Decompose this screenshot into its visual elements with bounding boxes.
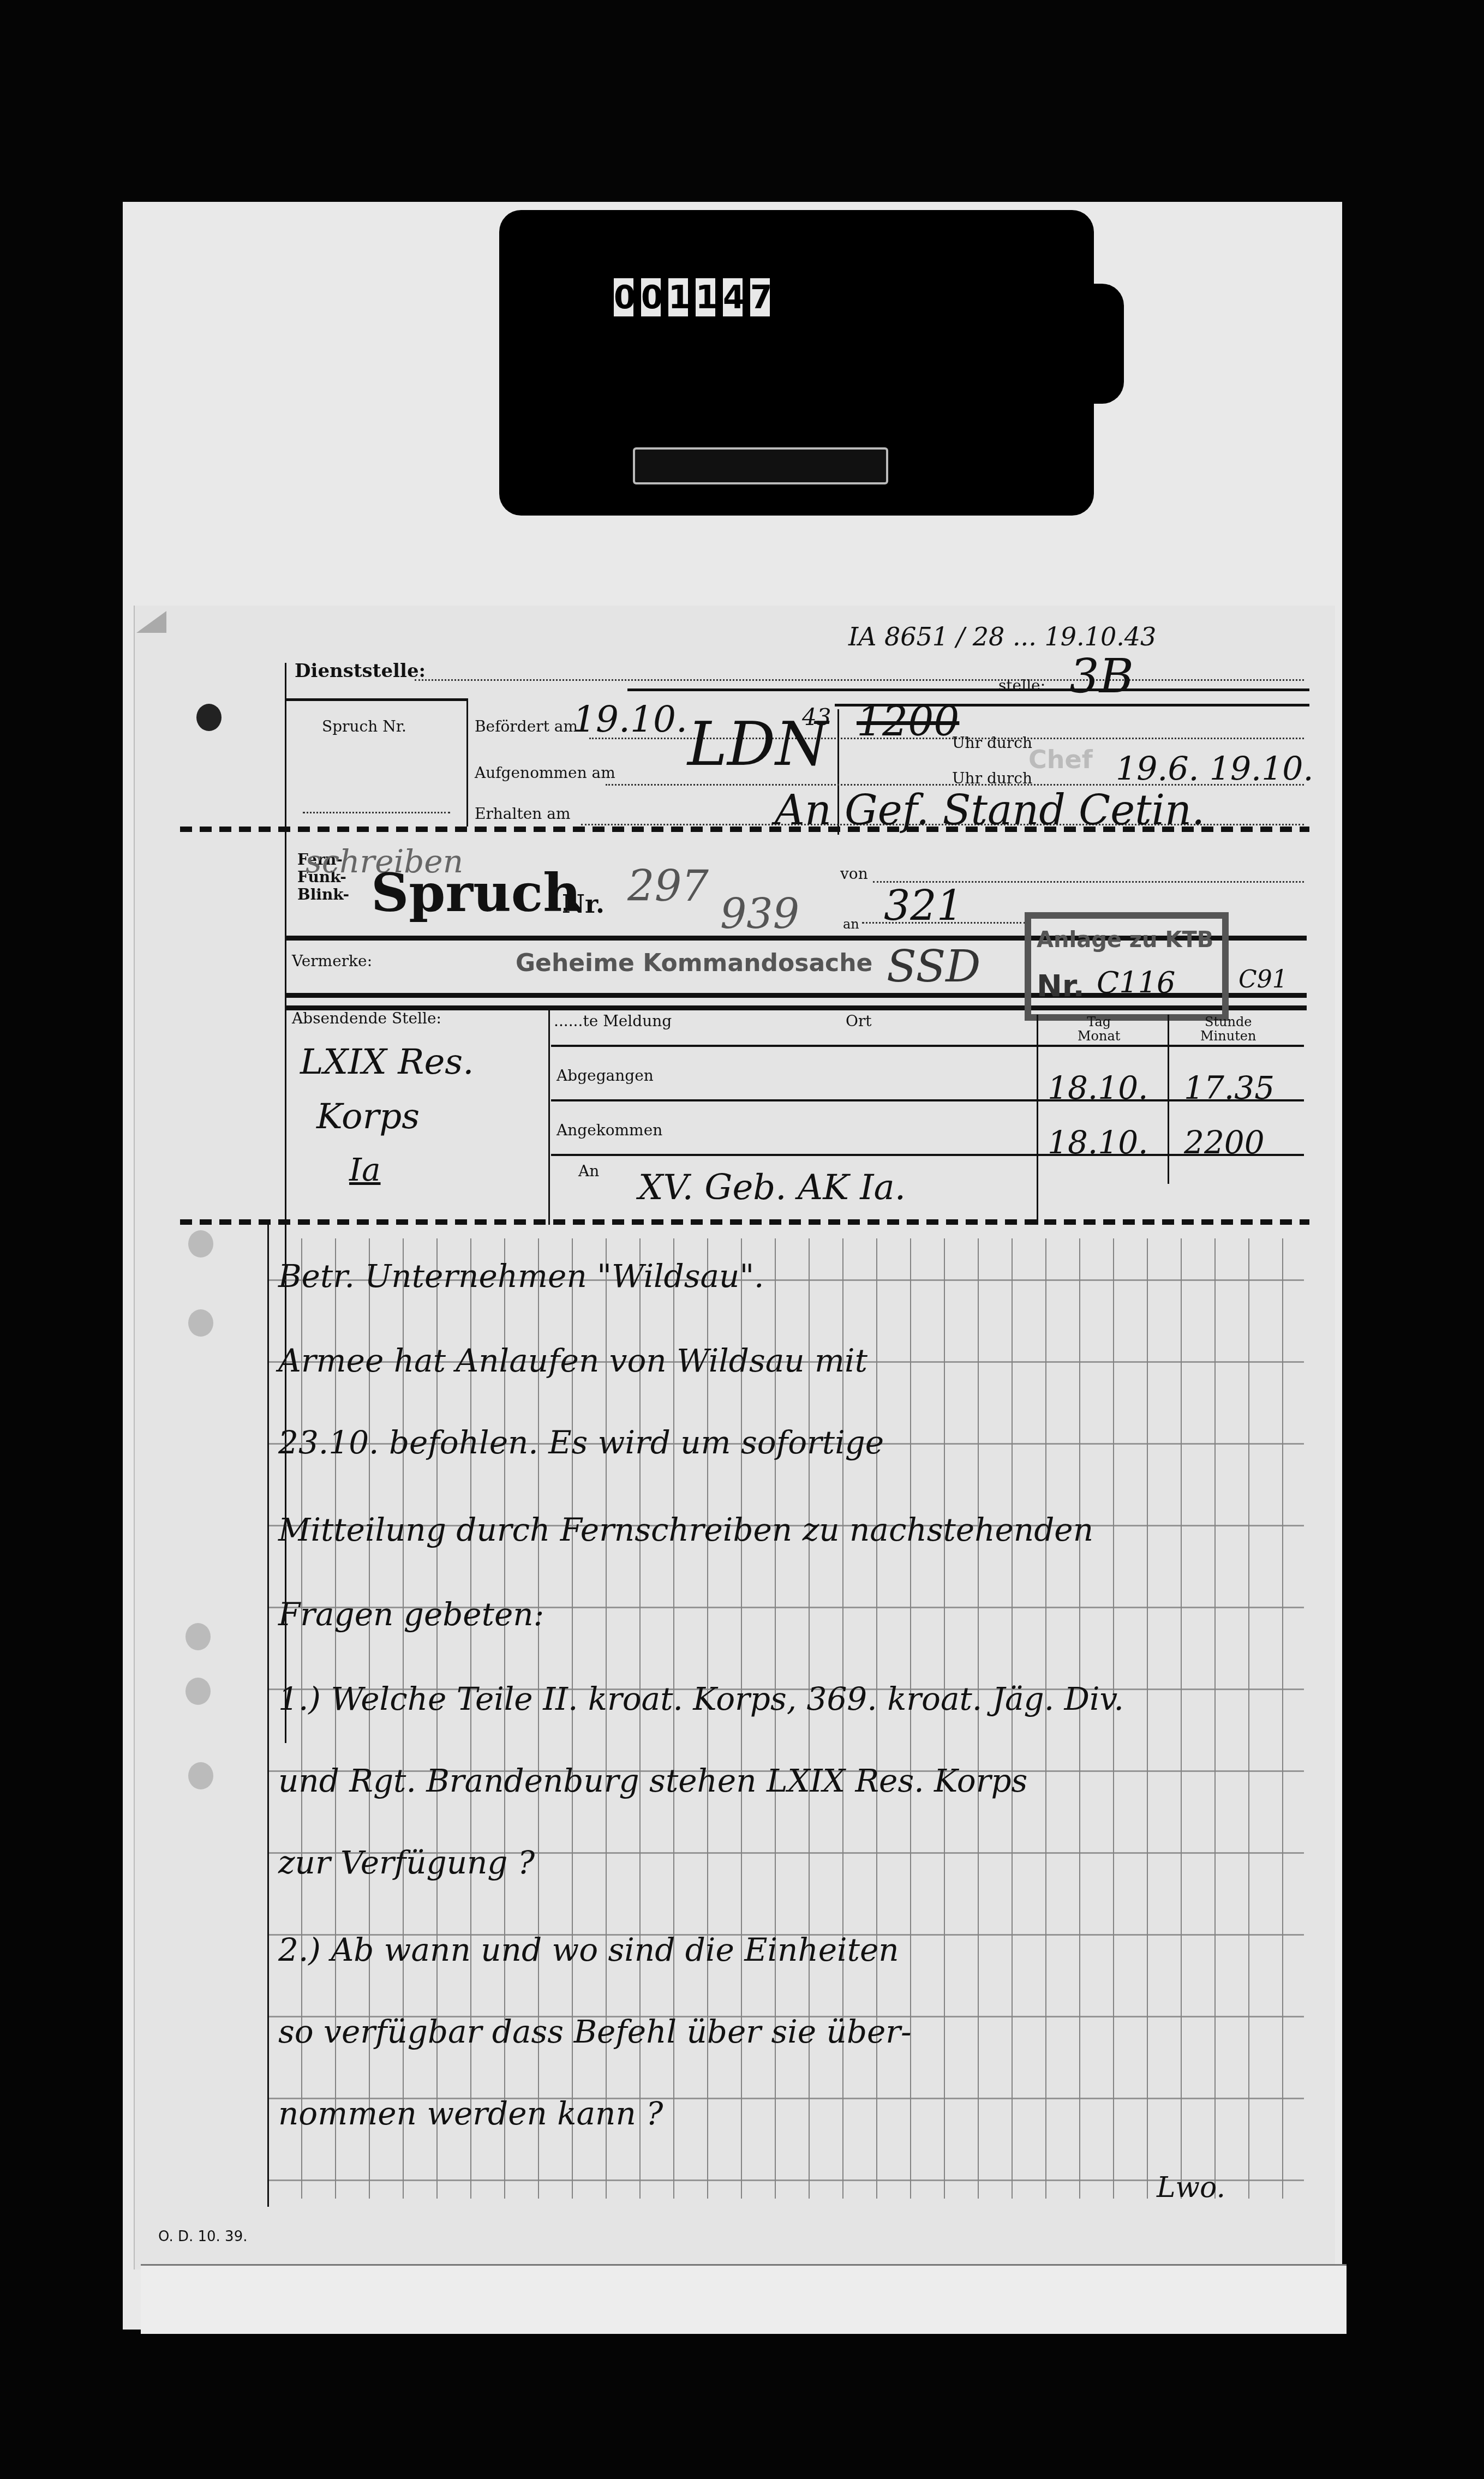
punch-hole xyxy=(185,1623,211,1650)
befoerdert-value: 19.10. xyxy=(573,698,687,740)
stelle-label: stelle: xyxy=(998,676,1045,694)
punch-hole xyxy=(185,1678,211,1705)
an-label: an xyxy=(843,917,859,932)
divider xyxy=(627,688,1309,691)
divider xyxy=(551,1099,1304,1101)
dienststelle-field xyxy=(415,679,1304,681)
punch-hole xyxy=(188,1762,213,1789)
counter-digit: 1 xyxy=(696,278,715,316)
stunde-label: Stunde xyxy=(1200,1015,1256,1029)
folded-corner xyxy=(136,611,166,633)
uhr-durch-label-2: Uhr durch xyxy=(952,769,1032,787)
message-line: und Rgt. Brandenburg stehen LXIX Res. Ko… xyxy=(278,1762,1027,1799)
tag-monat-label: Tag Monat xyxy=(1078,1015,1120,1043)
befoerdert-label: Befördert am xyxy=(475,717,578,735)
blink-label: Blink- xyxy=(297,886,349,903)
tag-label: Tag xyxy=(1078,1015,1120,1029)
spruch-nr-value: 297 xyxy=(627,862,709,911)
message-line: so verfügbar dass Befehl über sie über- xyxy=(278,2013,912,2050)
chef-signature: 19.6. 19.10. xyxy=(1116,750,1314,788)
vermerke-label: Vermerke: xyxy=(292,952,372,970)
uhr-durch-label-1: Uhr durch xyxy=(952,734,1032,752)
message-line: nommen werden kann ? xyxy=(278,2095,663,2132)
an-to-value: XV. Geb. AK Ia. xyxy=(638,1167,906,1208)
message-line: 1.) Welche Teile II. kroat. Korps, 369. … xyxy=(278,1680,1124,1717)
punch-hole xyxy=(196,704,222,731)
message-line: zur Verfügung ? xyxy=(278,1844,535,1881)
back-sheet-edge xyxy=(141,2264,1347,2334)
absendende-value-3: Ia xyxy=(349,1151,381,1188)
time-value: 1200 xyxy=(857,698,959,745)
divider xyxy=(466,698,468,827)
form-left-border xyxy=(267,1225,269,2207)
an-to-label: An xyxy=(578,1162,599,1180)
ktb-nr-value: C116 xyxy=(1097,966,1175,1000)
message-line: 23.10. befohlen. Es wird um sofortige xyxy=(278,1424,884,1461)
aufgenommen-label: Aufgenommen am xyxy=(475,764,615,782)
abgegangen-label: Abgegangen xyxy=(556,1067,654,1085)
counter-digit: 0 xyxy=(641,278,661,316)
divider xyxy=(286,698,466,701)
form-code: O. D. 10. 39. xyxy=(158,2229,247,2245)
punch-hole xyxy=(188,1230,213,1258)
ktb-stamp-title: Anlage zu KTB xyxy=(1037,927,1213,953)
message-line: 2.) Ab wann und wo sind die Einheiten xyxy=(278,1931,899,1968)
counter-digit: 4 xyxy=(723,278,743,316)
message-line: Armee hat Anlaufen von Wildsau mit xyxy=(278,1342,867,1379)
spruch-nr-label: Spruch Nr. xyxy=(322,717,406,735)
von-label: von xyxy=(840,865,868,883)
monat-label: Monat xyxy=(1078,1029,1120,1043)
archive-reference: IA 8651 / 28 ... 19.10.43 xyxy=(848,622,1156,651)
spruch-title: Spruch xyxy=(371,862,581,924)
classification-stamp: Geheime Kommandosache xyxy=(516,949,872,977)
absendende-value-1: LXIX Res. xyxy=(300,1042,474,1082)
dienststelle-label: Dienststelle: xyxy=(295,660,426,682)
absendende-value-2: Korps xyxy=(316,1097,420,1137)
message-line: Mitteilung durch Fernschreiben zu nachst… xyxy=(278,1511,1093,1548)
divider xyxy=(551,1154,1304,1156)
absendende-stelle-label: Absendende Stelle: xyxy=(292,1009,441,1027)
side-note: C91 xyxy=(1238,966,1288,993)
dashed-separator xyxy=(180,827,1309,832)
message-grid xyxy=(267,1238,1304,2199)
meldung-label: ......te Meldung xyxy=(554,1012,672,1030)
station-superscript: 43 xyxy=(802,704,831,730)
ktb-nr-label: Nr. xyxy=(1037,968,1085,1004)
an-field xyxy=(862,922,1026,924)
divider xyxy=(548,1007,550,1225)
chef-stamp: Chef xyxy=(1028,745,1093,774)
counter-digit: 1 xyxy=(668,278,688,316)
counter-slot xyxy=(633,447,888,484)
counter-digit: 7 xyxy=(750,278,770,316)
message-line: Betr. Unternehmen "Wildsau". xyxy=(278,1258,764,1295)
an-value: 939 xyxy=(720,889,799,938)
erhalten-label: Erhalten am xyxy=(475,805,571,823)
angekommen-label: Angekommen xyxy=(556,1121,662,1139)
message-line: Fragen gebeten: xyxy=(278,1596,544,1633)
counter-knob xyxy=(1064,284,1124,404)
punch-hole xyxy=(188,1309,213,1337)
dashed-separator xyxy=(180,1219,1309,1225)
counter-digit: 0 xyxy=(614,278,633,316)
frame-counter-digits: 0 0 1 1 4 7 xyxy=(614,278,770,316)
ort-label: Ort xyxy=(846,1012,872,1030)
signature: Lwo. xyxy=(1157,2171,1225,2204)
priority-marking: SSD xyxy=(887,941,980,992)
nr-label: Nr. xyxy=(562,889,605,919)
stunde-minuten-label: Stunde Minuten xyxy=(1200,1015,1256,1043)
spruch-nr-field xyxy=(303,812,450,813)
minuten-label: Minuten xyxy=(1200,1029,1256,1043)
stelle-value: 3B xyxy=(1069,649,1134,704)
divider xyxy=(551,1045,1304,1047)
